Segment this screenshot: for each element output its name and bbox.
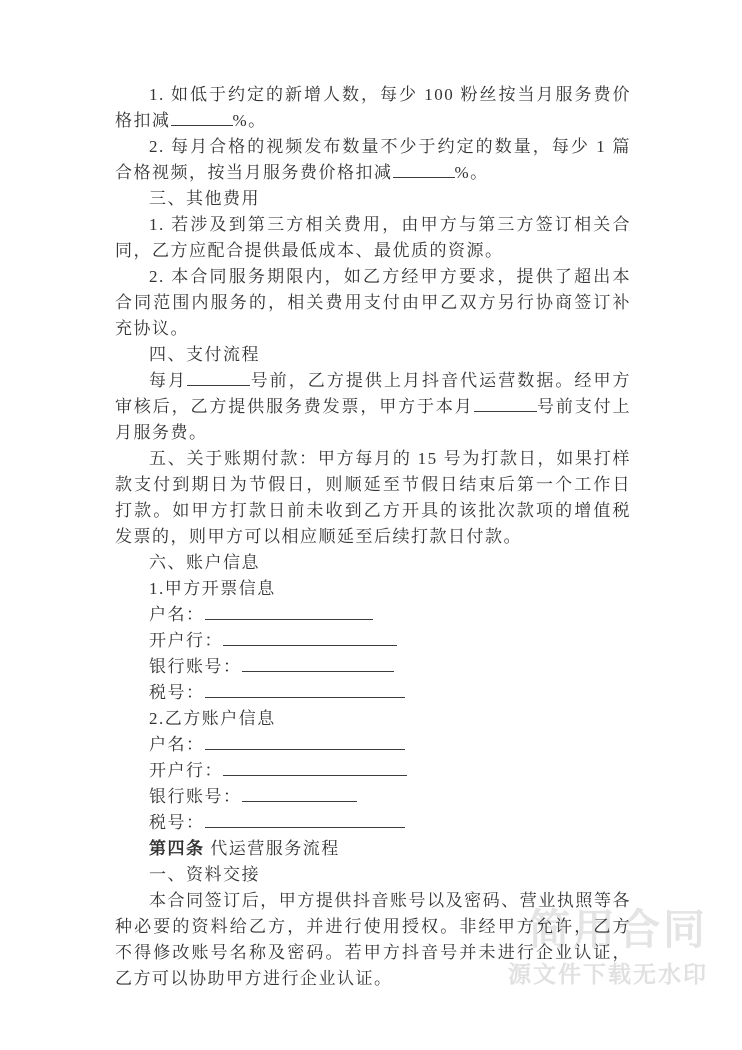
document-body: 1. 如低于约定的新增人数，每少 100 粉丝按当月服务费价格扣减%。2. 每月… xyxy=(115,82,631,992)
field-party-a-bank-branch: 开户行： xyxy=(115,628,631,654)
text-run: 户名： xyxy=(149,735,205,754)
text-run: 代运营服务流程 xyxy=(210,839,340,858)
blank-fill-in-field xyxy=(393,163,455,178)
clause-material-handover-body: 本合同签订后，甲方提供抖音账号以及密码、营业执照等各种必要的资料给乙方，并进行使… xyxy=(115,888,631,992)
text-run: 银行账号： xyxy=(149,787,242,806)
text-run: 一、资料交接 xyxy=(149,865,260,884)
text-run: 开户行： xyxy=(149,631,223,650)
clause-video-shortfall-deduction: 2. 每月合格的视频发布数量不少于约定的数量，每少 1 篇合格视频，按当月服务费… xyxy=(115,134,631,186)
blank-fill-in-field xyxy=(474,397,537,412)
text-run: 2. 每月合格的视频发布数量不少于约定的数量，每少 1 篇合格视频，按当月服务费… xyxy=(115,137,631,182)
field-party-b-bank-account-number: 银行账号： xyxy=(115,784,631,810)
blank-fill-in-field xyxy=(205,813,405,828)
field-party-a-account-name: 户名： xyxy=(115,602,631,628)
text-run: 六、账户信息 xyxy=(149,553,260,572)
blank-fill-in-field xyxy=(242,787,357,802)
text-run: 户名： xyxy=(149,605,205,624)
field-party-b-account-name: 户名： xyxy=(115,732,631,758)
text-run: %。 xyxy=(233,111,267,130)
clause-extra-services: 2. 本合同服务期限内，如乙方经甲方要求，提供了超出本合同范围内服务的，相关费用… xyxy=(115,264,631,342)
clause-third-party-fees: 1. 若涉及到第三方相关费用，由甲方与第三方签订相关合同，乙方应配合提供最低成本… xyxy=(115,212,631,264)
blank-fill-in-field xyxy=(223,761,407,776)
text-run: 2.乙方账户信息 xyxy=(149,709,276,728)
heading-other-fees: 三、其他费用 xyxy=(115,186,631,212)
heading-article-4: 第四条 代运营服务流程 xyxy=(115,836,631,862)
clause-fans-shortfall-deduction: 1. 如低于约定的新增人数，每少 100 粉丝按当月服务费价格扣减%。 xyxy=(115,82,631,134)
text-run: %。 xyxy=(455,163,489,182)
text-run: 五、关于账期付款：甲方每月的 15 号为打款日，如果打样款支付到期日为节假日，则… xyxy=(115,449,631,546)
contract-page: 简用合同 源文件下载无水印 1. 如低于约定的新增人数，每少 100 粉丝按当月… xyxy=(0,0,742,1050)
blank-fill-in-field xyxy=(223,631,397,646)
clause-payment-terms: 五、关于账期付款：甲方每月的 15 号为打款日，如果打样款支付到期日为节假日，则… xyxy=(115,446,631,550)
field-party-b-bank-branch: 开户行： xyxy=(115,758,631,784)
heading-material-handover: 一、资料交接 xyxy=(115,862,631,888)
text-run: 银行账号： xyxy=(149,657,242,676)
blank-fill-in-field xyxy=(205,735,405,750)
text-run: 税号： xyxy=(149,683,205,702)
heading-party-b-account-info: 2.乙方账户信息 xyxy=(115,706,631,732)
bold-text-run: 第四条 xyxy=(149,839,210,858)
text-run: 1. 若涉及到第三方相关费用，由甲方与第三方签订相关合同，乙方应配合提供最低成本… xyxy=(115,215,631,260)
heading-account-info: 六、账户信息 xyxy=(115,550,631,576)
text-run: 税号： xyxy=(149,813,205,832)
blank-fill-in-field xyxy=(205,605,373,620)
text-run: 2. 本合同服务期限内，如乙方经甲方要求，提供了超出本合同范围内服务的，相关费用… xyxy=(115,267,631,338)
text-run: 1.甲方开票信息 xyxy=(149,579,276,598)
text-run: 开户行： xyxy=(149,761,223,780)
text-run: 四、支付流程 xyxy=(149,345,260,364)
heading-party-a-invoice-info: 1.甲方开票信息 xyxy=(115,576,631,602)
clause-monthly-payment-flow: 每月号前，乙方提供上月抖音代运营数据。经甲方审核后，乙方提供服务费发票，甲方于本… xyxy=(115,368,631,446)
heading-payment-process: 四、支付流程 xyxy=(115,342,631,368)
blank-fill-in-field xyxy=(242,657,394,672)
blank-fill-in-field xyxy=(205,683,405,698)
field-party-a-bank-account-number: 银行账号： xyxy=(115,654,631,680)
field-party-b-tax-number: 税号： xyxy=(115,810,631,836)
blank-fill-in-field xyxy=(171,111,233,126)
text-run: 三、其他费用 xyxy=(149,189,260,208)
text-run: 本合同签订后，甲方提供抖音账号以及密码、营业执照等各种必要的资料给乙方，并进行使… xyxy=(115,891,631,988)
blank-fill-in-field xyxy=(187,371,250,386)
text-run: 每月 xyxy=(149,371,187,390)
field-party-a-tax-number: 税号： xyxy=(115,680,631,706)
